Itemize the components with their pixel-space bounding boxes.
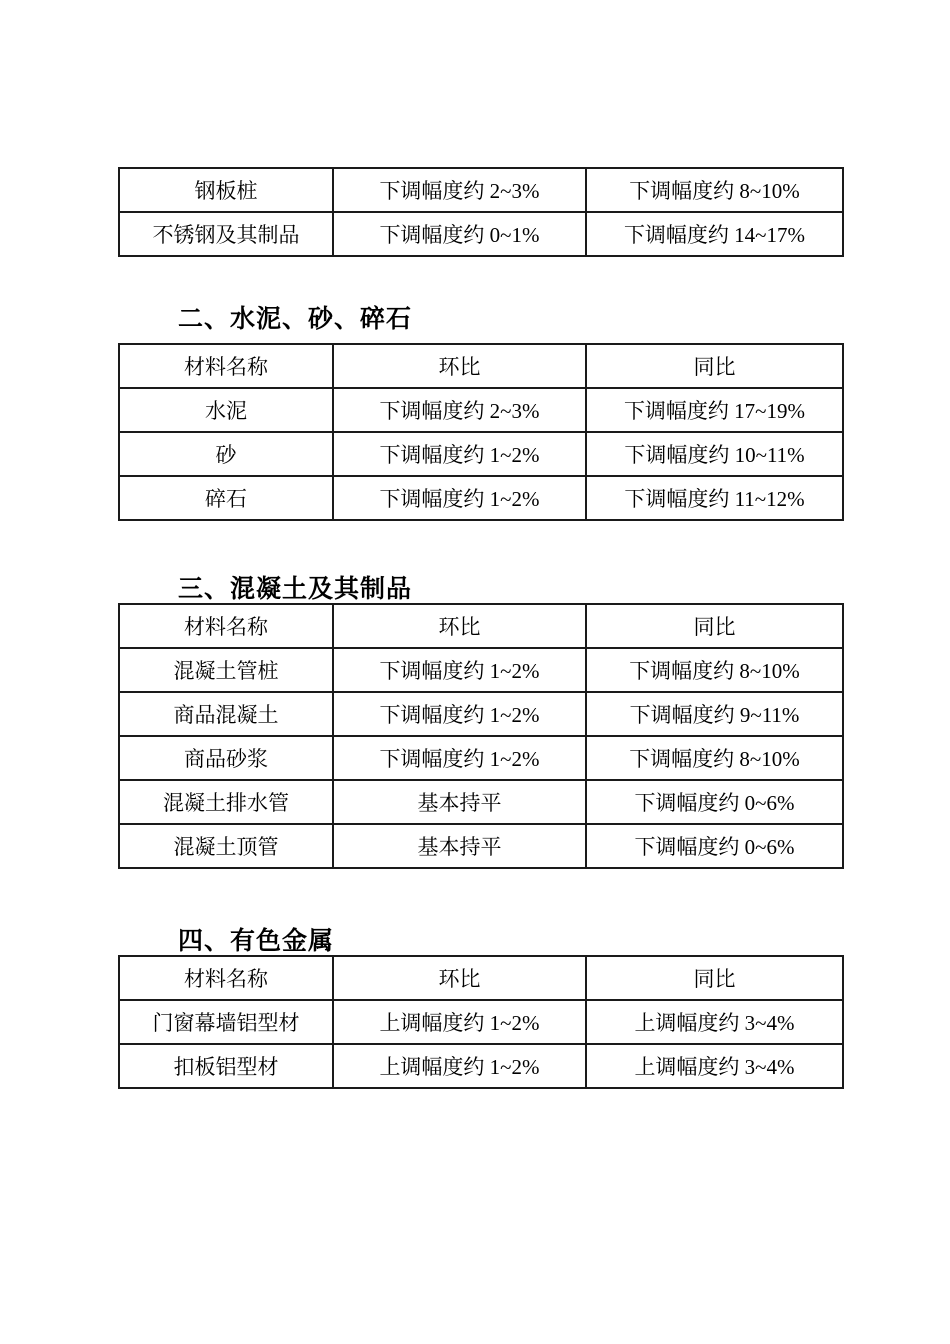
material-name-cell: 商品混凝土 bbox=[119, 692, 333, 736]
table-concrete-products: 材料名称 环比 同比 混凝土管桩 下调幅度约 1~2% 下调幅度约 8~10% … bbox=[118, 603, 844, 869]
table-row: 混凝土排水管 基本持平 下调幅度约 0~6% bbox=[119, 780, 843, 824]
material-name-cell: 扣板铝型材 bbox=[119, 1044, 333, 1088]
header-yoy: 同比 bbox=[586, 604, 843, 648]
section-heading-nonferrous-metals: 四、有色金属 bbox=[178, 928, 334, 955]
table-row: 商品混凝土 下调幅度约 1~2% 下调幅度约 9~11% bbox=[119, 692, 843, 736]
table-row: 扣板铝型材 上调幅度约 1~2% 上调幅度约 3~4% bbox=[119, 1044, 843, 1088]
table-header-row: 材料名称 环比 同比 bbox=[119, 344, 843, 388]
material-name-cell: 混凝土顶管 bbox=[119, 824, 333, 868]
header-mom: 环比 bbox=[333, 956, 586, 1000]
mom-change-cell: 下调幅度约 2~3% bbox=[333, 168, 586, 212]
mom-change-cell: 上调幅度约 1~2% bbox=[333, 1044, 586, 1088]
section-heading-cement-sand-gravel: 二、水泥、砂、碎石 bbox=[178, 306, 412, 333]
material-name-cell: 水泥 bbox=[119, 388, 333, 432]
mom-change-cell: 下调幅度约 1~2% bbox=[333, 432, 586, 476]
table-header-row: 材料名称 环比 同比 bbox=[119, 604, 843, 648]
mom-change-cell: 下调幅度约 1~2% bbox=[333, 736, 586, 780]
yoy-change-cell: 下调幅度约 8~10% bbox=[586, 168, 843, 212]
material-name-cell: 不锈钢及其制品 bbox=[119, 212, 333, 256]
header-material-name: 材料名称 bbox=[119, 604, 333, 648]
yoy-change-cell: 下调幅度约 17~19% bbox=[586, 388, 843, 432]
mom-change-cell: 下调幅度约 0~1% bbox=[333, 212, 586, 256]
mom-change-cell: 下调幅度约 1~2% bbox=[333, 648, 586, 692]
header-mom: 环比 bbox=[333, 344, 586, 388]
table-row: 商品砂浆 下调幅度约 1~2% 下调幅度约 8~10% bbox=[119, 736, 843, 780]
yoy-change-cell: 下调幅度约 0~6% bbox=[586, 824, 843, 868]
section-heading-concrete-products: 三、混凝土及其制品 bbox=[178, 576, 412, 603]
table-steel-partial: 钢板桩 下调幅度约 2~3% 下调幅度约 8~10% 不锈钢及其制品 下调幅度约… bbox=[118, 167, 844, 257]
table-row: 混凝土管桩 下调幅度约 1~2% 下调幅度约 8~10% bbox=[119, 648, 843, 692]
yoy-change-cell: 下调幅度约 9~11% bbox=[586, 692, 843, 736]
header-yoy: 同比 bbox=[586, 344, 843, 388]
table-row: 钢板桩 下调幅度约 2~3% 下调幅度约 8~10% bbox=[119, 168, 843, 212]
material-name-cell: 门窗幕墙铝型材 bbox=[119, 1000, 333, 1044]
table-row: 砂 下调幅度约 1~2% 下调幅度约 10~11% bbox=[119, 432, 843, 476]
table-header-row: 材料名称 环比 同比 bbox=[119, 956, 843, 1000]
table-row: 混凝土顶管 基本持平 下调幅度约 0~6% bbox=[119, 824, 843, 868]
mom-change-cell: 下调幅度约 1~2% bbox=[333, 692, 586, 736]
table-row: 不锈钢及其制品 下调幅度约 0~1% 下调幅度约 14~17% bbox=[119, 212, 843, 256]
document-page: 钢板桩 下调幅度约 2~3% 下调幅度约 8~10% 不锈钢及其制品 下调幅度约… bbox=[0, 0, 950, 1344]
table-row: 水泥 下调幅度约 2~3% 下调幅度约 17~19% bbox=[119, 388, 843, 432]
header-yoy: 同比 bbox=[586, 956, 843, 1000]
header-material-name: 材料名称 bbox=[119, 956, 333, 1000]
mom-change-cell: 上调幅度约 1~2% bbox=[333, 1000, 586, 1044]
material-name-cell: 商品砂浆 bbox=[119, 736, 333, 780]
material-name-cell: 钢板桩 bbox=[119, 168, 333, 212]
material-name-cell: 砂 bbox=[119, 432, 333, 476]
material-name-cell: 碎石 bbox=[119, 476, 333, 520]
header-mom: 环比 bbox=[333, 604, 586, 648]
table-nonferrous-metals: 材料名称 环比 同比 门窗幕墙铝型材 上调幅度约 1~2% 上调幅度约 3~4%… bbox=[118, 955, 844, 1089]
yoy-change-cell: 下调幅度约 8~10% bbox=[586, 736, 843, 780]
material-name-cell: 混凝土排水管 bbox=[119, 780, 333, 824]
yoy-change-cell: 下调幅度约 0~6% bbox=[586, 780, 843, 824]
mom-change-cell: 基本持平 bbox=[333, 824, 586, 868]
yoy-change-cell: 下调幅度约 11~12% bbox=[586, 476, 843, 520]
mom-change-cell: 基本持平 bbox=[333, 780, 586, 824]
table-row: 门窗幕墙铝型材 上调幅度约 1~2% 上调幅度约 3~4% bbox=[119, 1000, 843, 1044]
yoy-change-cell: 下调幅度约 14~17% bbox=[586, 212, 843, 256]
yoy-change-cell: 上调幅度约 3~4% bbox=[586, 1000, 843, 1044]
yoy-change-cell: 下调幅度约 8~10% bbox=[586, 648, 843, 692]
table-cement-sand-gravel: 材料名称 环比 同比 水泥 下调幅度约 2~3% 下调幅度约 17~19% 砂 … bbox=[118, 343, 844, 521]
table-row: 碎石 下调幅度约 1~2% 下调幅度约 11~12% bbox=[119, 476, 843, 520]
mom-change-cell: 下调幅度约 1~2% bbox=[333, 476, 586, 520]
header-material-name: 材料名称 bbox=[119, 344, 333, 388]
yoy-change-cell: 下调幅度约 10~11% bbox=[586, 432, 843, 476]
material-name-cell: 混凝土管桩 bbox=[119, 648, 333, 692]
yoy-change-cell: 上调幅度约 3~4% bbox=[586, 1044, 843, 1088]
mom-change-cell: 下调幅度约 2~3% bbox=[333, 388, 586, 432]
